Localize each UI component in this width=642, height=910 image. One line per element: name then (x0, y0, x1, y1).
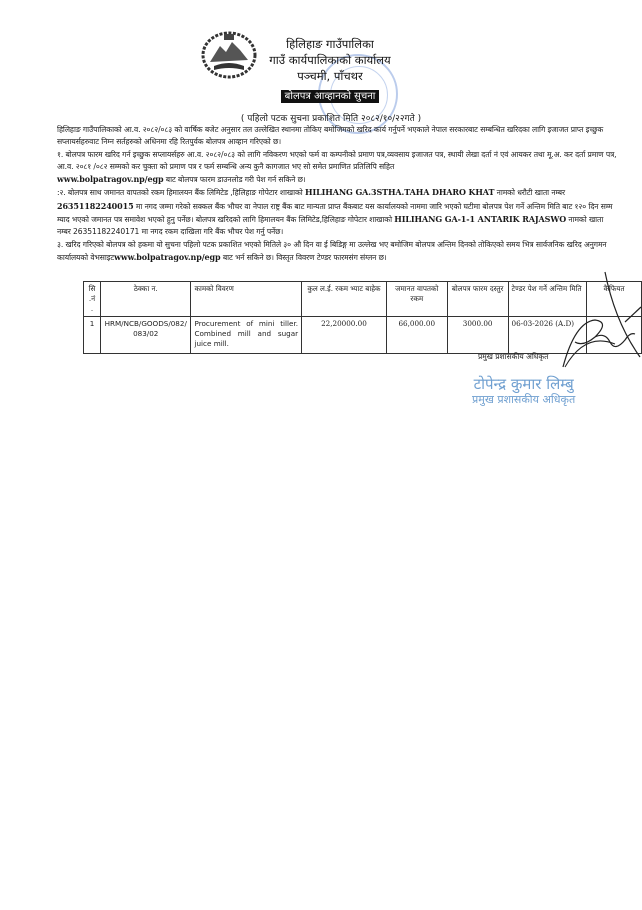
signatory-title: प्रमुख प्रशासकीय अधिकृत (478, 352, 548, 362)
cell-description: Procurement of mini tiller. Combined mil… (191, 317, 302, 354)
signatory-stamp: टोपेन्द्र कुमार लिम्बु प्रमुख प्रशासकीय … (472, 375, 575, 407)
header-sn: सि .नं . (84, 282, 101, 317)
signatory-designation: प्रमुख प्रशासकीय अधिकृत (472, 393, 575, 407)
municipality-name: हिलिहाङ गाउँपालिका (18, 36, 642, 52)
condition-2: :२. बोलपत्र साथ जमानत वापतको रकम हिमालयन… (57, 186, 617, 238)
bolpatra-link[interactable]: www.bolpatragov.np/egp (57, 174, 163, 184)
notice-title: बोलपत्र आव्हानको सुचना (281, 90, 380, 103)
header-form-fee: बोलपत्र फारम दस्तुर (447, 282, 508, 317)
cell-form-fee: 3000.00 (447, 317, 508, 354)
header-description: कामको विवरण (191, 282, 302, 317)
condition-1: १. बोलपत्र फारम खरिद गर्न इच्छुक सप्लायर… (57, 149, 617, 187)
publication-date: ( पहिलो पटक सुचना प्रकाशित मिति २०८२/१०/… (10, 111, 642, 124)
signatory-name: टोपेन्द्र कुमार लिम्बु (472, 375, 575, 393)
header-total-amount: कुल ल.ई. रकम भ्याट बाहेक (302, 282, 387, 317)
condition-2-text-b: नामको धरौटी खाता नम्बर (494, 188, 565, 197)
condition-3-tail: बाट भर्न सकिने छ। विस्तृत विवरण टेण्डर फ… (221, 253, 387, 262)
cell-sn: 1 (84, 317, 101, 354)
deposit-account-number: 26351182240015 (57, 201, 134, 211)
deposit-account-name: HILIHANG GA.3STHA.TAHA DHARO KHAT (305, 187, 494, 197)
condition-1-text: १. बोलपत्र फारम खरिद गर्न इच्छुक सप्लायर… (57, 150, 616, 171)
intro-paragraph: हिलिहाङ गाउँपालिकाको आ.व. २०८२/०८३ को वा… (57, 124, 617, 149)
bolpatra-link-2[interactable]: www.bolpatragov.np/egp (114, 252, 220, 262)
cell-contract-no: HRM/NCB/GOODS/082/083/02 (100, 317, 191, 354)
cell-total-amount: 22,20000.00 (302, 317, 387, 354)
condition-1-tail: बाट बोलपत्र फारम डाउनलोड गरी पेश गर्न सक… (163, 175, 305, 184)
handwritten-signature-icon (555, 262, 642, 372)
condition-2-text-a: :२. बोलपत्र साथ जमानत वापतको रकम हिमालयन… (57, 188, 305, 197)
revenue-account-name: HILIHANG GA-1-1 ANTARIK RAJASWO (394, 214, 566, 224)
cell-bid-security: 66,000.00 (386, 317, 447, 354)
office-name: गाउँ कार्यपालिकाको कार्यालय (18, 52, 642, 68)
header-bid-security: जमानत वापतको रकम (386, 282, 447, 317)
header-contract-no: ठेक्का न. (100, 282, 191, 317)
letterhead: हिलिहाङ गाउँपालिका गाउँ कार्यपालिकाको का… (0, 22, 642, 122)
condition-3: ३. खरिद गरिएको बोलपत्र को हकमा यो सुचना … (57, 239, 617, 265)
notice-body: हिलिहाङ गाउँपालिकाको आ.व. २०८२/०८३ को वा… (57, 124, 617, 264)
office-address: पञ्चमी, पाँचथर (18, 68, 642, 84)
